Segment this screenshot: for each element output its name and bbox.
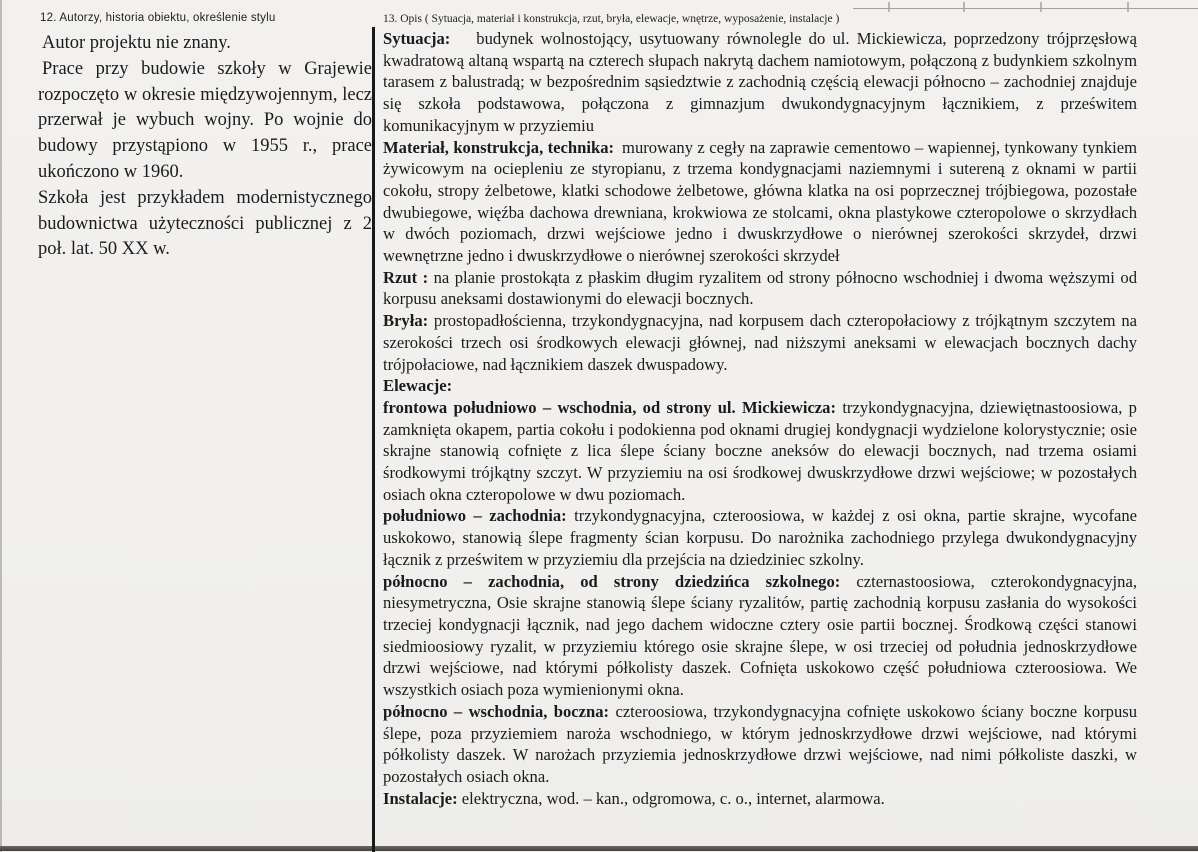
description-paragraph-list: Sytuacja:budynek wolnostojący, usytuowan… bbox=[383, 28, 1137, 809]
section-13-heading: 13. Opis ( Sytuacja, materiał i konstruk… bbox=[383, 13, 1137, 25]
description-paragraph: północno – wschodnia, boczna: czteroosio… bbox=[383, 701, 1137, 788]
paragraph-label: Instalacje: bbox=[383, 789, 458, 808]
history-paragraph: Szkoła jest przykładem modernistycznego … bbox=[38, 186, 372, 263]
section-12-heading: 12. Autorzy, historia obiektu, określeni… bbox=[40, 12, 372, 24]
history-paragraph-list: Autor projektu nie znany.Prace przy budo… bbox=[38, 31, 372, 263]
description-paragraph: południowo – zachodnia: trzykondygnacyjn… bbox=[383, 505, 1137, 570]
paragraph-text: budynek wolnostojący, usytuowany równole… bbox=[383, 29, 1137, 135]
scan-bottom-edge bbox=[0, 846, 1198, 851]
scan-tick-mark bbox=[963, 2, 965, 12]
scan-tick-mark bbox=[1040, 2, 1042, 12]
scan-tick-mark bbox=[888, 2, 890, 12]
paragraph-text: na planie prostokąta z płaskim długim ry… bbox=[383, 268, 1137, 309]
description-paragraph: północno – zachodnia, od strony dziedziń… bbox=[383, 571, 1137, 701]
column-divider-rule bbox=[372, 27, 375, 852]
paragraph-text: prostopadłościenna, trzykondygnacyjna, n… bbox=[383, 311, 1137, 373]
scan-left-edge-shadow bbox=[0, 0, 2, 852]
paragraph-label: Rzut : bbox=[383, 268, 428, 287]
description-paragraph: Sytuacja:budynek wolnostojący, usytuowan… bbox=[383, 28, 1137, 137]
description-paragraph: Rzut : na planie prostokąta z płaskim dł… bbox=[383, 267, 1137, 310]
paragraph-label: północno – wschodnia, boczna: bbox=[383, 702, 609, 721]
section-12-authors-history: 12. Autorzy, historia obiektu, określeni… bbox=[38, 12, 372, 263]
section-13-description: 13. Opis ( Sytuacja, materiał i konstruk… bbox=[383, 13, 1137, 809]
paragraph-label: Bryła: bbox=[383, 311, 428, 330]
paragraph-label: Sytuacja: bbox=[383, 29, 450, 48]
paragraph-label: frontowa południowo – wschodnia, od stro… bbox=[383, 398, 836, 417]
paragraph-label: Elewacje: bbox=[383, 376, 452, 395]
description-paragraph: Materiał, konstrukcja, technika:murowany… bbox=[383, 137, 1137, 267]
paragraph-label: północno – zachodnia, od strony dziedziń… bbox=[383, 572, 840, 591]
paragraph-text: elektryczna, wod. – kan., odgromowa, c. … bbox=[458, 789, 885, 808]
description-paragraph: Bryła: prostopadłościenna, trzykondygnac… bbox=[383, 310, 1137, 375]
description-paragraph: Instalacje: elektryczna, wod. – kan., od… bbox=[383, 788, 1137, 810]
paragraph-label: południowo – zachodnia: bbox=[383, 506, 567, 525]
scan-top-rule bbox=[853, 8, 1198, 9]
scanned-heritage-record-page: { "colors": { "paper": "#f1f0ee", "ink":… bbox=[0, 0, 1198, 852]
paragraph-label: Materiał, konstrukcja, technika: bbox=[383, 138, 614, 157]
scan-tick-mark bbox=[1127, 2, 1129, 12]
history-paragraph: Prace przy budowie szkoły w Grajewie roz… bbox=[38, 57, 372, 186]
description-paragraph: Elewacje: bbox=[383, 375, 1137, 397]
description-paragraph: frontowa południowo – wschodnia, od stro… bbox=[383, 397, 1137, 506]
record-card-sheet: 12. Autorzy, historia obiektu, określeni… bbox=[0, 0, 1198, 852]
history-paragraph: Autor projektu nie znany. bbox=[38, 31, 372, 57]
